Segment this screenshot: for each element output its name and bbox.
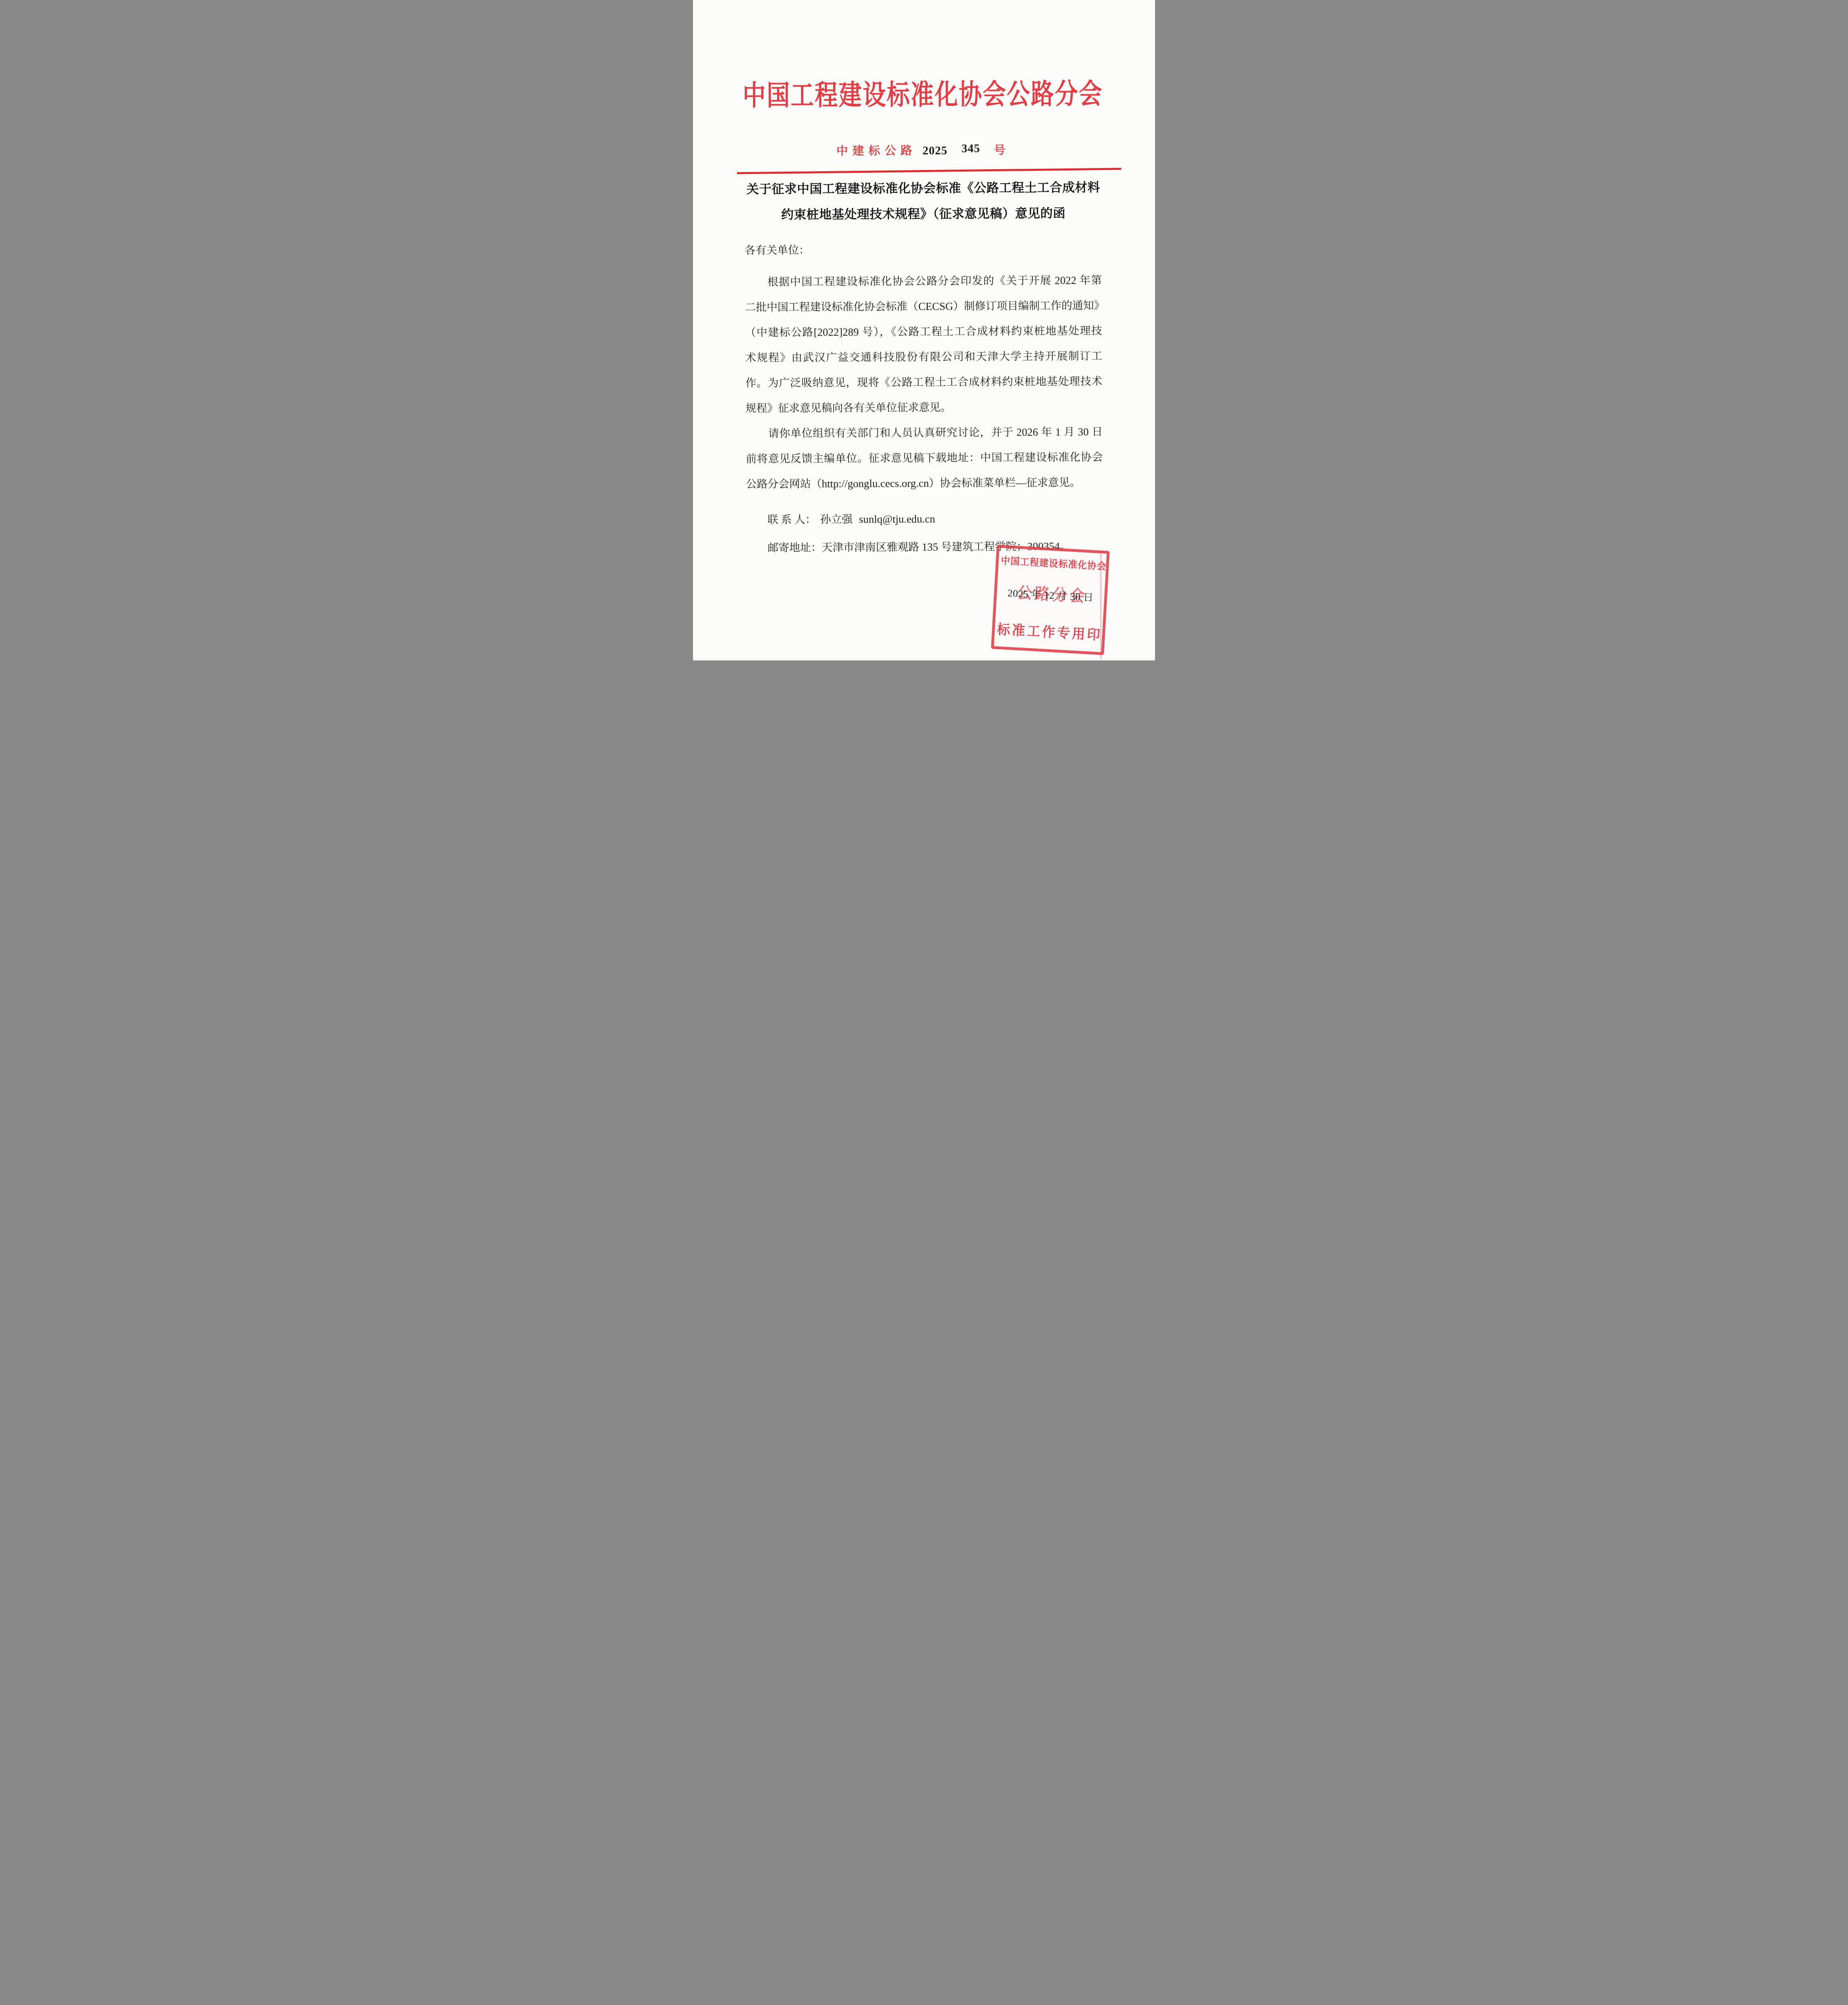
paragraph2-line1: 请你单位组织有关部门和人员认真研究讨论，并于 2026 年 1 月 30 日	[746, 419, 1102, 447]
paragraph1-line3: （中建标公路[2022]289 号），《公路工程土工合成材料约束桩地基处理技	[745, 318, 1102, 346]
doc-number-line: 中建标公路【2025】345号	[693, 140, 1154, 164]
stamp-purpose-text: 标准工作专用印	[997, 618, 1101, 644]
paragraph1-line4: 术规程》由武汉广益交通科技股份有限公司和天津大学主持开展制订工	[745, 344, 1102, 371]
subject-title: 关于征求中国工程建设标准化协会标准《公路工程土工合成材料 约束桩地基处理技术规程…	[724, 174, 1123, 228]
paragraph1-line6: 规程》征求意见稿向各有关单位征求意见。	[746, 394, 1102, 421]
contact-email-text: sunlq@tju.edu.cn	[859, 513, 935, 525]
scan-artifact-line	[1100, 550, 1101, 659]
contact-person-line: 联 系 人：孙立强sunlq@tju.edu.cn	[746, 504, 1103, 534]
bracket-open: 【	[916, 143, 922, 158]
contact-name: 孙立强	[820, 513, 853, 525]
body-text: 根据中国工程建设标准化协会公路分会印发的《关于开展 2022 年第 二批中国工程…	[745, 268, 1103, 497]
contact-label: 联 系 人：	[767, 513, 816, 526]
doc-number-serial: 345	[961, 142, 980, 155]
bracket-close: 】	[955, 143, 961, 158]
org-title: 中国工程建设标准化协会公路分会	[733, 78, 1112, 113]
subject-line-1: 关于征求中国工程建设标准化协会标准《公路工程土工合成材料	[724, 174, 1122, 202]
paragraph2-line3: 公路分会网站（http://gonglu.cecs.org.cn）协会标准菜单栏…	[746, 470, 1103, 497]
official-stamp: 中国工程建设标准化协会 公路分会 2025 年 12 月 30 日 标准工作专用…	[991, 545, 1110, 655]
document-page: 中国工程建设标准化协会公路分会 中建标公路【2025】345号 关于征求中国工程…	[693, 0, 1155, 660]
salutation: 各有关单位：	[745, 243, 810, 257]
subject-line-2: 约束桩地基处理技术规程》（征求意见稿）意见的函	[724, 200, 1122, 228]
mailing-label: 邮寄地址：	[768, 541, 822, 554]
paragraph1-line5: 作。为广泛吸纳意见，现将《公路工程土工合成材料约束桩地基处理技术	[746, 369, 1102, 396]
doc-number-suffix: 号	[994, 144, 1010, 157]
paragraph1-line1: 根据中国工程建设标准化协会公路分会印发的《关于开展 2022 年第	[745, 268, 1102, 295]
red-divider-rule	[737, 168, 1121, 174]
doc-number-prefix: 中建标公路	[836, 144, 916, 158]
doc-number-year: 2025	[922, 144, 947, 157]
stamp-org-text: 中国工程建设标准化协会	[1001, 553, 1104, 572]
stamp-date-text: 2025 年 12 月 30 日	[997, 585, 1105, 605]
paragraph1-line2: 二批中国工程建设标准化协会标准（CECSG）制修订项目编制工作的通知》	[745, 293, 1102, 320]
paragraph2-line2: 前将意见反馈主编单位。征求意见稿下载地址：中国工程建设标准化协会	[746, 445, 1103, 472]
